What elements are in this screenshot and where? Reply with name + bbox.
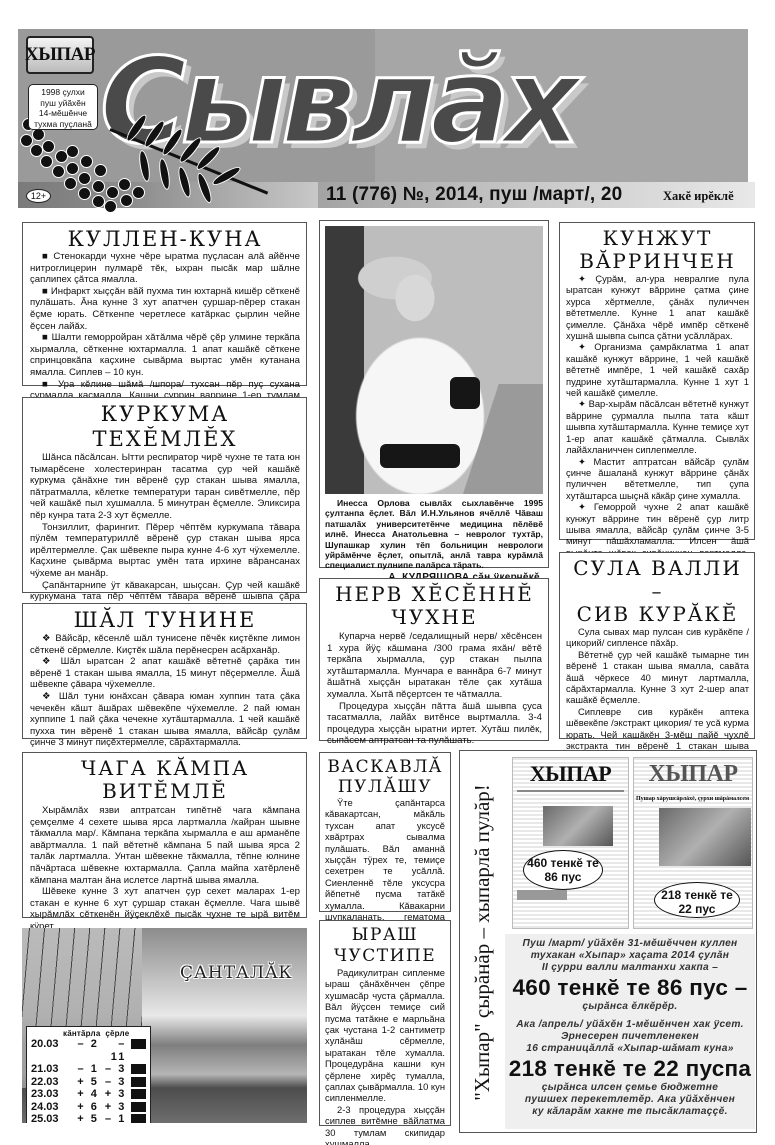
article-body: ❖ Вăйсăр, кĕсенлĕ шăл тунисене пĕчĕк киç… [30,633,300,749]
newspaper-thumbnail-weekly: ХЫПАР Пушар хăрушсăрлăхĕ, çурхи шăрăмалс… [633,757,753,929]
weather-icon [131,1077,146,1087]
weather-icon [131,1114,146,1123]
article-body: Купарча нервĕ /седалищный нерв/ хĕсĕнсен… [327,631,542,747]
price-daily: 460 тенкĕ те 86 пус – [505,974,755,1001]
age-rating-badge: 12+ [26,189,51,203]
article-kullen-kuna: КУЛЛЕН-КУНА ■ Стенокарди чухне чĕре ырат… [22,222,307,386]
weather-row: 20.03– 2– 11 [31,1038,146,1063]
doctor-photo [325,226,543,494]
weather-row: 21.03– 1– 3 [31,1063,146,1076]
weather-row: 23.03+ 4+ 3 [31,1088,146,1101]
article-nerv: НЕРВ ХĔСĔННĔ ЧУХНЕ Купарча нервĕ /седали… [319,578,549,741]
doctor-photo-box: Инесса Орлова сывлăх сыхлавĕнче 1995 çул… [319,220,549,568]
article-title: СУЛА ВАЛЛИ – СИВ КУРĂКĔ [566,557,749,626]
article-yrash: ЫРАШ ЧУСТИПЕ Радикулитран сипленме ыраш … [319,920,451,1126]
article-title: КУЛЛЕН-КУНА [30,227,300,251]
weather-row: 22.03+ 5– 3 [31,1076,146,1089]
price-badge: 460 тенкĕ те 86 пус [523,850,603,890]
weather-title: ÇАНТАЛĂК [180,963,293,983]
weather-icon [131,1064,146,1074]
weather-table-header: кăнтăрла çĕрле [31,1029,146,1038]
weather-icon [131,1102,146,1112]
article-body: ✦ Çурăм, ал-ура невралгие пула ыратсан к… [566,273,749,570]
promo-slogan: "Хыпар" çырăнăр – хыпарлă пулăр! [464,751,500,1134]
weather-row: 24.03+ 6+ 3 [31,1101,146,1114]
weather-icon [131,1089,146,1099]
article-title: ШĂЛ ТУНИНЕ [30,608,300,633]
sleeve-shape [450,377,480,409]
article-title: ЧАГА КĂМПА ВИТĔМЛĔ [30,757,300,803]
article-title: КУРКУМА ТЕХĔМЛĔХ [30,402,300,452]
price-weekly: 218 тенкĕ те 22 пуспа [505,1055,755,1082]
article-shal-tunine: ШĂЛ ТУНИНЕ ❖ Вăйсăр, кĕсенлĕ шăл тунисен… [22,603,307,739]
article-title: ЫРАШ ЧУСТИПЕ [325,925,445,967]
sleeve-shape [380,444,460,468]
article-body: Хырăмлăх язви аптратсан типĕтнĕ чага кăм… [30,805,300,933]
subscription-promo: "Хыпар" çырăнăр – хыпарлă пулăр! ХЫПАР 4… [459,750,757,1133]
founded-note: 1998 çулхи пуш уйăхĕн 14-мĕшĕнче тухма п… [28,84,98,130]
price-note: Хакĕ ирĕклĕ [663,189,734,204]
article-title: НЕРВ ХĔСĔННĔ ЧУХНЕ [327,583,542,629]
weather-photo: ÇАНТАЛĂК кăнтăрла çĕрле 20.03– 2– 11 21.… [22,928,307,1123]
article-title: КУНЖУТ ВĂРРИНЧЕН [566,227,749,273]
weather-table: кăнтăрла çĕрле 20.03– 2– 11 21.03– 1– 3 … [26,1026,151,1123]
article-title: ВАСКАВЛĂ ПУЛĂШУ [325,757,445,797]
article-body: Ÿте çапăнтарса кăвакартсан, мăкăль тухса… [325,797,445,934]
issue-info: 11 (776) №, 2014, пуш /март/, 20 [326,184,622,206]
price-badge: 218 тенкĕ те 22 пус [654,882,740,918]
photo-caption: Инесса Орлова сывлăх сыхлавĕнче 1995 çул… [325,498,543,571]
weather-row: 25.03+ 5– 1 [31,1113,146,1123]
article-kurkuma: КУРКУМА ТЕХĔМЛĔХ Шăнса пăсăлсан. Ытти ре… [22,397,307,593]
article-chaga: ЧАГА КĂМПА ВИТĔМЛĔ Хырăмлăх язви аптратс… [22,752,307,918]
publisher-logo: ХЫПАР [26,36,94,74]
weather-icon [131,1039,146,1049]
newspaper-thumbnail-daily: ХЫПАР 460 тенкĕ те 86 пус [512,757,629,929]
promo-text: Пуш /март/ уйăхĕн 31-мĕшĕччен куллен тух… [505,934,755,1129]
article-sula-valli: СУЛА ВАЛЛИ – СИВ КУРĂКĔ Сула сывах мар п… [559,552,755,739]
article-vaskavla: ВАСКАВЛĂ ПУЛĂШУ Ÿте çапăнтарса кăвакартс… [319,752,451,912]
article-kunzhut: КУНЖУТ ВĂРРИНЧЕН ✦ Çурăм, ал-ура невралг… [559,222,755,540]
article-body: Радикулитран сипленме ыраш çăнăхĕнчен çĕ… [325,967,445,1145]
